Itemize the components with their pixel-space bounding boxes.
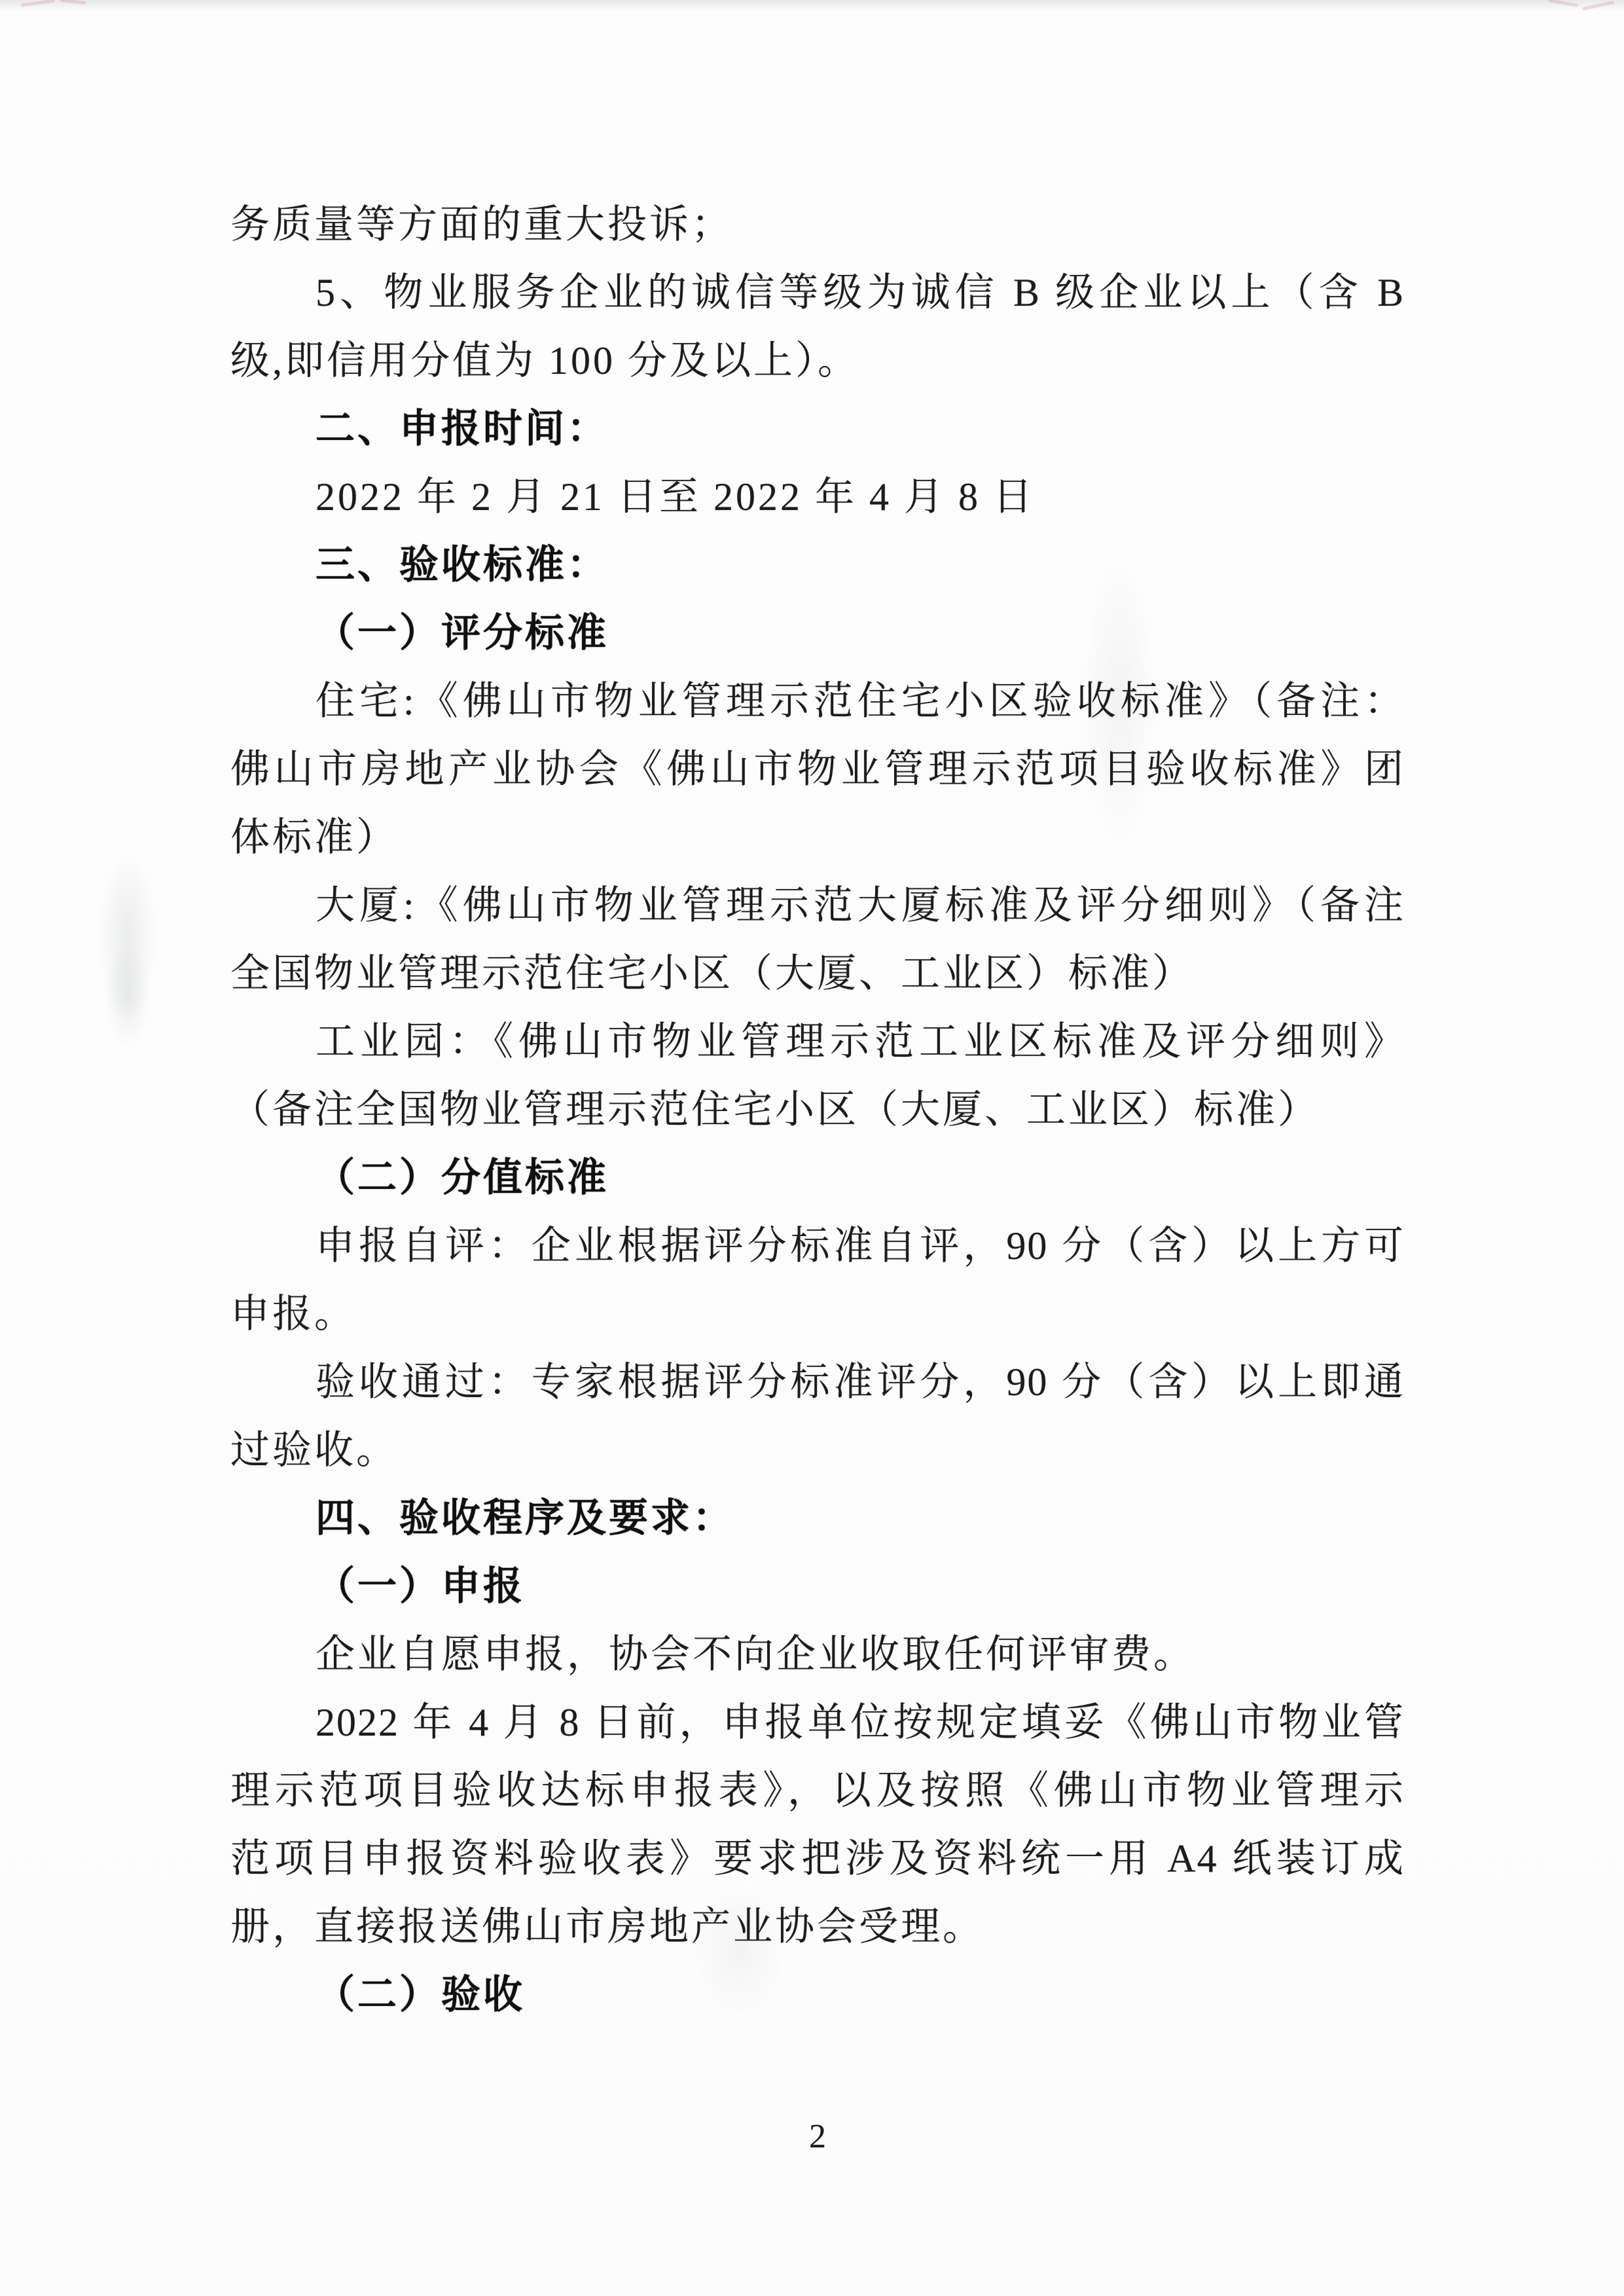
text-line: （备注全国物业管理示范住宅小区（大厦、工业区）标准） — [230, 1076, 1405, 1144]
text-line: 三、验收标准： — [230, 531, 1405, 599]
page-number: 2 — [230, 2103, 1405, 2171]
text-line: 四、验收程序及要求： — [230, 1484, 1405, 1552]
text-line: 验收通过：专家根据评分标准评分，90 分（含）以上即通 — [230, 1348, 1405, 1416]
text-line: 务质量等方面的重大投诉； — [230, 191, 1405, 259]
scanned-document-page: 务质量等方面的重大投诉；5、物业服务企业的诚信等级为诚信 B 级企业以上（含 B… — [0, 0, 1624, 2296]
text-line: 2022 年 2 月 21 日至 2022 年 4 月 8 日 — [230, 463, 1405, 531]
scan-smudge — [105, 943, 151, 1048]
text-line: 范项目申报资料验收表》要求把涉及资料统一用 A4 纸装订成 — [230, 1825, 1405, 1893]
text-line: 住宅:《佛山市物业管理示范住宅小区验收标准》（备注： — [230, 667, 1405, 735]
red-pen-mark-top-left — [18, 0, 97, 17]
text-line: 企业自愿申报，协会不向企业收取任何评审费。 — [230, 1620, 1405, 1688]
text-line: 二、申报时间： — [230, 395, 1405, 463]
text-line: 体标准） — [230, 803, 1405, 871]
red-pen-mark-top-right — [1548, 0, 1620, 20]
text-line: 理示范项目验收达标申报表》，以及按照《佛山市物业管理示 — [230, 1757, 1405, 1825]
text-line: 过验收。 — [230, 1416, 1405, 1484]
text-line: （一）评分标准 — [230, 599, 1405, 667]
document-body-text: 务质量等方面的重大投诉；5、物业服务企业的诚信等级为诚信 B 级企业以上（含 B… — [230, 191, 1405, 2029]
text-line: 级,即信用分值为 100 分及以上）。 — [230, 327, 1405, 395]
text-line: 2022 年 4 月 8 日前，申报单位按规定填妥《佛山市物业管 — [230, 1688, 1405, 1757]
text-line: 册，直接报送佛山市房地产业协会受理。 — [230, 1893, 1405, 1961]
text-line: 申报自评：企业根据评分标准自评，90 分（含）以上方可 — [230, 1212, 1405, 1280]
text-line: 大厦:《佛山市物业管理示范大厦标准及评分细则》（备注 — [230, 871, 1405, 939]
text-line: 工业园：《佛山市物业管理示范工业区标准及评分细则》 — [230, 1008, 1405, 1076]
text-line: 申报。 — [230, 1280, 1405, 1348]
text-line: （二）验收 — [230, 1961, 1405, 2029]
text-line: （一）申报 — [230, 1552, 1405, 1620]
text-line: （二）分值标准 — [230, 1144, 1405, 1212]
text-line: 佛山市房地产业协会《佛山市物业管理示范项目验收标准》团 — [230, 735, 1405, 803]
text-line: 全国物业管理示范住宅小区（大厦、工业区）标准） — [230, 939, 1405, 1008]
scan-top-edge-shade — [0, 0, 1624, 10]
text-line: 5、物业服务企业的诚信等级为诚信 B 级企业以上（含 B — [230, 259, 1405, 327]
scan-smudge — [98, 851, 157, 1021]
